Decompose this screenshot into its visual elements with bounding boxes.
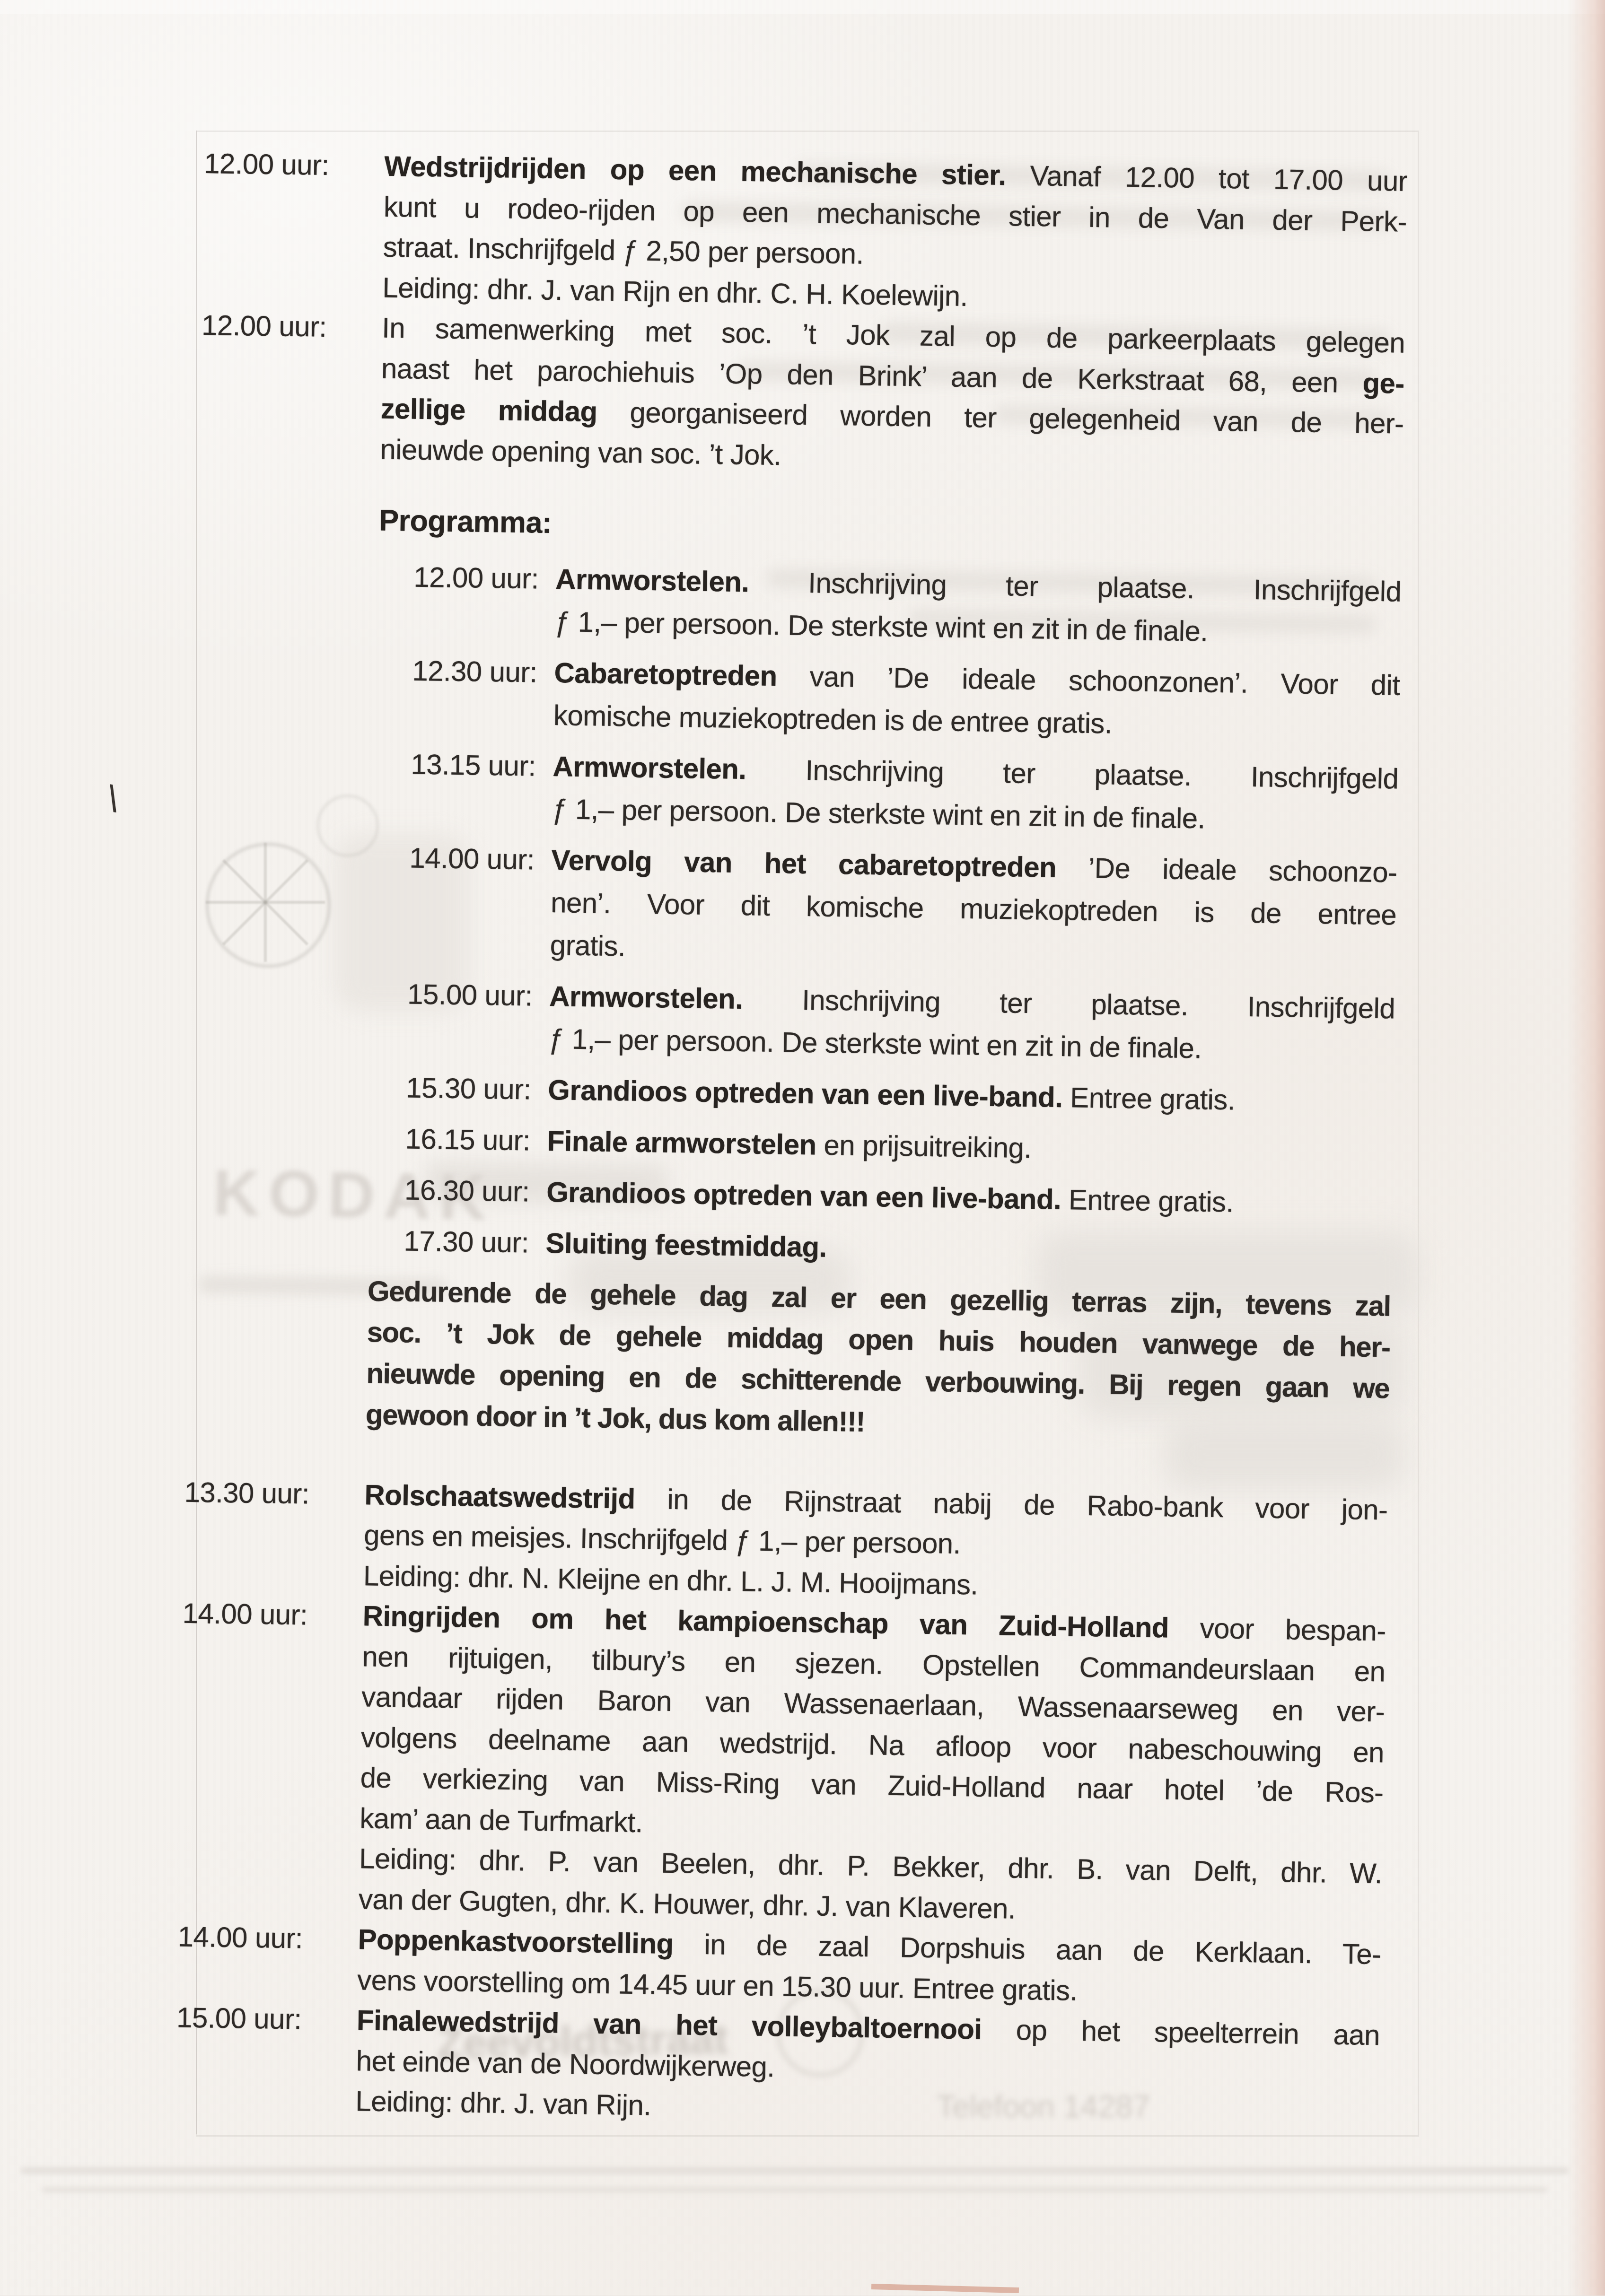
regular-text: gratis. [550, 929, 625, 962]
entry-time: 12.00 uur: [412, 556, 556, 643]
bold-text: zellige middag [380, 393, 597, 428]
entry-time: 15.30 uur: [406, 1066, 548, 1111]
regular-text: ƒ 1,– per persoon. De sterkste wint en z… [552, 793, 1205, 834]
regular-text: van der Gugten, dhr. K. Houwer, dhr. J. … [358, 1883, 1016, 1925]
bold-text: Armworstelen. [555, 563, 749, 598]
scan-edge-top [0, 0, 1605, 14]
schedule-entry: 12.30 uur:Cabaretoptreden van ’De ideale… [412, 649, 1597, 752]
entry-text: Armworstelen. Inschrijving ter plaatse. … [552, 745, 1399, 843]
regular-text: Inschrijving ter plaatse. Inschrijfgeld [743, 983, 1395, 1024]
entry-time: 14.00 uur: [408, 837, 552, 966]
entry-time: 14.00 uur: [178, 1593, 363, 1920]
schedule-entry: 14.00 uur:Vervolg van het cabaretoptrede… [408, 837, 1595, 982]
entry-text: Grandioos optreden van een live-band. En… [548, 1069, 1394, 1124]
bold-text: Armworstelen. [549, 980, 743, 1015]
regular-text: ƒ 1,– per persoon. De sterkste wint en z… [555, 606, 1208, 647]
regular-text: Leiding: dhr. J. van Rijn en dhr. C. H. … [382, 271, 968, 312]
schedule-entry: 14.00 uur:Ringrijden om het kampioenscha… [178, 1593, 1583, 1938]
schedule-entry: 12.00 uur:In samenwerking met soc. ’t Jo… [200, 305, 1603, 488]
bold-text: Poppenkastvoorstelling [358, 1923, 674, 1960]
bold-text: Ringrijden om het kampioenschap van Zuid… [362, 1600, 1169, 1643]
bold-text: Finale armworstelen [547, 1125, 816, 1160]
regular-text: ƒ 1,– per persoon. De sterkste wint en z… [549, 1023, 1202, 1064]
regular-text: gewoon door in ’t Jok, dus kom allen!!! [366, 1398, 865, 1438]
bold-text: Sluiting feestmiddag. [545, 1227, 827, 1263]
regular-text: Leiding: dhr. N. Kleijne en dhr. L. J. M… [363, 1560, 978, 1600]
schedule-entry: 12.00 uur:Armworstelen. Inschrijving ter… [412, 556, 1598, 658]
regular-text: op het speelterrein aan [982, 2014, 1380, 2051]
entry-text: Finale armworstelen en prijsuitreiking. [547, 1119, 1393, 1175]
bold-text: Grandioos optreden van een live-band. [548, 1074, 1063, 1113]
schedule-entry: 13.30 uur:Rolschaatswedstrijd in de Rijn… [183, 1472, 1585, 1614]
entry-text: Grandioos optreden van een live-band. En… [546, 1170, 1393, 1226]
regular-text: voor bespan- [1168, 1612, 1386, 1647]
program-heading-label: Programma: [379, 501, 552, 544]
schedule-entry: 15.30 uur:Grandioos optreden van een liv… [406, 1066, 1591, 1126]
regular-text: Inschrijving ter plaatse. Inschrijfgeld [746, 753, 1399, 794]
entry-time: 12.00 uur: [202, 143, 385, 308]
regular-text: van ’De ideale schoonzonen’. Voor dit [777, 660, 1400, 701]
regular-text: Vanaf 12.00 tot 17.00 uur [1006, 159, 1407, 197]
entry-time: 16.30 uur: [404, 1169, 547, 1213]
schedule-content: 12.00 uur:Wedstrijdrijden op een mechani… [0, 0, 1605, 2139]
regular-text: Leiding: dhr. J. van Rijn. [355, 2085, 651, 2121]
regular-text: het einde van de Noordwijkerweg. [356, 2045, 775, 2083]
ghost-streak [43, 2188, 1547, 2192]
entry-text: In samenwerking met soc. ’t Jok zal op d… [380, 308, 1405, 485]
entry-text: Ringrijden om het kampioenschap van Zuid… [358, 1596, 1386, 1934]
entry-text: Armworstelen. Inschrijving ter plaatse. … [548, 975, 1395, 1073]
text-line: Finale armworstelen en prijsuitreiking. [547, 1119, 1393, 1175]
entry-text: Rolschaatswedstrijd in de Rijnstraat nab… [363, 1475, 1388, 1611]
scan-edge-right [1568, 0, 1605, 2296]
bold-text: Armworstelen. [553, 751, 746, 785]
entry-time: 15.00 uur: [175, 1998, 357, 2121]
entry-text: Wedstrijdrijden op een mechanische stier… [382, 146, 1408, 323]
regular-text: nen’. Voor dit komische muziekoptreden i… [551, 887, 1397, 931]
bold-text: Grandioos optreden van een live-band. [546, 1176, 1061, 1215]
entry-time: 12.00 uur: [200, 305, 382, 470]
scanned-program-page: KODAK Zeevoldtstraat Telefoon 14287 \ 12… [0, 0, 1605, 2296]
bold-text: ge- [1362, 367, 1404, 399]
regular-text: in de zaal Dorpshuis aan de Kerklaan. Te… [673, 1928, 1381, 1970]
schedule-entry: 12.00 uur:Wedstrijdrijden op een mechani… [202, 143, 1605, 326]
schedule-entry: 15.00 uur:Armworstelen. Inschrijving ter… [406, 973, 1592, 1075]
text-line: Sluiting feestmiddag. [545, 1222, 1392, 1277]
bold-text: Finalewedstrijd van het volleybaltoernoo… [357, 2004, 982, 2045]
entry-text: Gedurende de gehele dag zal er een gezel… [366, 1270, 1391, 1450]
schedule-entry: 15.00 uur:Finalewedstrijd van het volley… [175, 1998, 1577, 2139]
bold-text: Wedstrijdrijden op een mechanische stier… [384, 150, 1006, 191]
program-heading: Programma: [379, 501, 1600, 559]
entry-text: Finalewedstrijd van het volleybaltoernoo… [355, 2000, 1380, 2137]
regular-text: Inschrijving ter plaatse. Inschrijfgeld [749, 566, 1402, 607]
entry-time: 12.30 uur: [412, 649, 555, 736]
regular-text: en prijsuitreiking. [816, 1129, 1032, 1164]
bold-text: Rolschaatswedstrijd [364, 1479, 635, 1514]
entry-time: 17.30 uur: [403, 1220, 546, 1264]
entry-text: Sluiting feestmiddag. [545, 1222, 1392, 1277]
regular-text: Entree gratis. [1062, 1082, 1235, 1116]
entry-text: Armworstelen. Inschrijving ter plaatse. … [554, 558, 1401, 656]
regular-text: ’De ideale schoonzo- [1056, 851, 1397, 888]
bold-text: Vervolg van het cabaretoptreden [551, 844, 1057, 883]
entry-time: 13.15 uur: [410, 743, 553, 830]
schedule-entry: 13.15 uur:Armworstelen. Inschrijving ter… [410, 743, 1596, 846]
red-mark [871, 2284, 1019, 2293]
schedule-entry: 17.30 uur:Sluiting feestmiddag. [403, 1220, 1589, 1280]
regular-text: georganiseerd worden ter gelegenheid van… [597, 396, 1404, 439]
regular-text: vens voorstelling om 14.45 uur en 15.30 … [357, 1964, 1078, 2007]
text-line: Grandioos optreden van een live-band. En… [546, 1170, 1393, 1226]
regular-text: nieuwde opening van soc. ’t Jok. [380, 433, 781, 471]
entry-time: 16.15 uur: [405, 1117, 547, 1162]
regular-text: gens en meisjes. Inschrijfgeld ƒ 1,– per… [364, 1519, 961, 1560]
notice-paragraph: Gedurende de gehele dag zal er een gezel… [366, 1270, 1588, 1453]
entry-text: Poppenkastvoorstelling in de zaal Dorpsh… [357, 1919, 1381, 2015]
regular-text: komische muziekoptreden is de entree gra… [553, 699, 1113, 740]
entry-time: 14.00 uur: [177, 1917, 358, 2000]
regular-text: kam’ aan de Turfmarkt. [360, 1802, 643, 1838]
entry-text: Vervolg van het cabaretoptreden ’De idea… [550, 839, 1397, 979]
entry-text: Cabaretoptreden van ’De ideale schoonzon… [553, 652, 1400, 750]
regular-text: Entree gratis. [1061, 1184, 1234, 1218]
entry-time: 15.00 uur: [406, 973, 550, 1060]
schedule-entry: 16.15 uur:Finale armworstelen en prijsui… [405, 1117, 1590, 1178]
regular-text: in de Rijnstraat nabij de Rabo-bank voor… [635, 1483, 1388, 1526]
regular-text: straat. Inschrijfgeld ƒ 2,50 per persoon… [383, 231, 864, 270]
entry-time: 13.30 uur: [183, 1472, 365, 1596]
bold-text: Cabaretoptreden [554, 657, 777, 692]
text-line: Grandioos optreden van een live-band. En… [548, 1069, 1394, 1124]
ghost-streak [21, 2168, 1568, 2174]
schedule-entry: 16.30 uur:Grandioos optreden van een liv… [404, 1169, 1590, 1229]
